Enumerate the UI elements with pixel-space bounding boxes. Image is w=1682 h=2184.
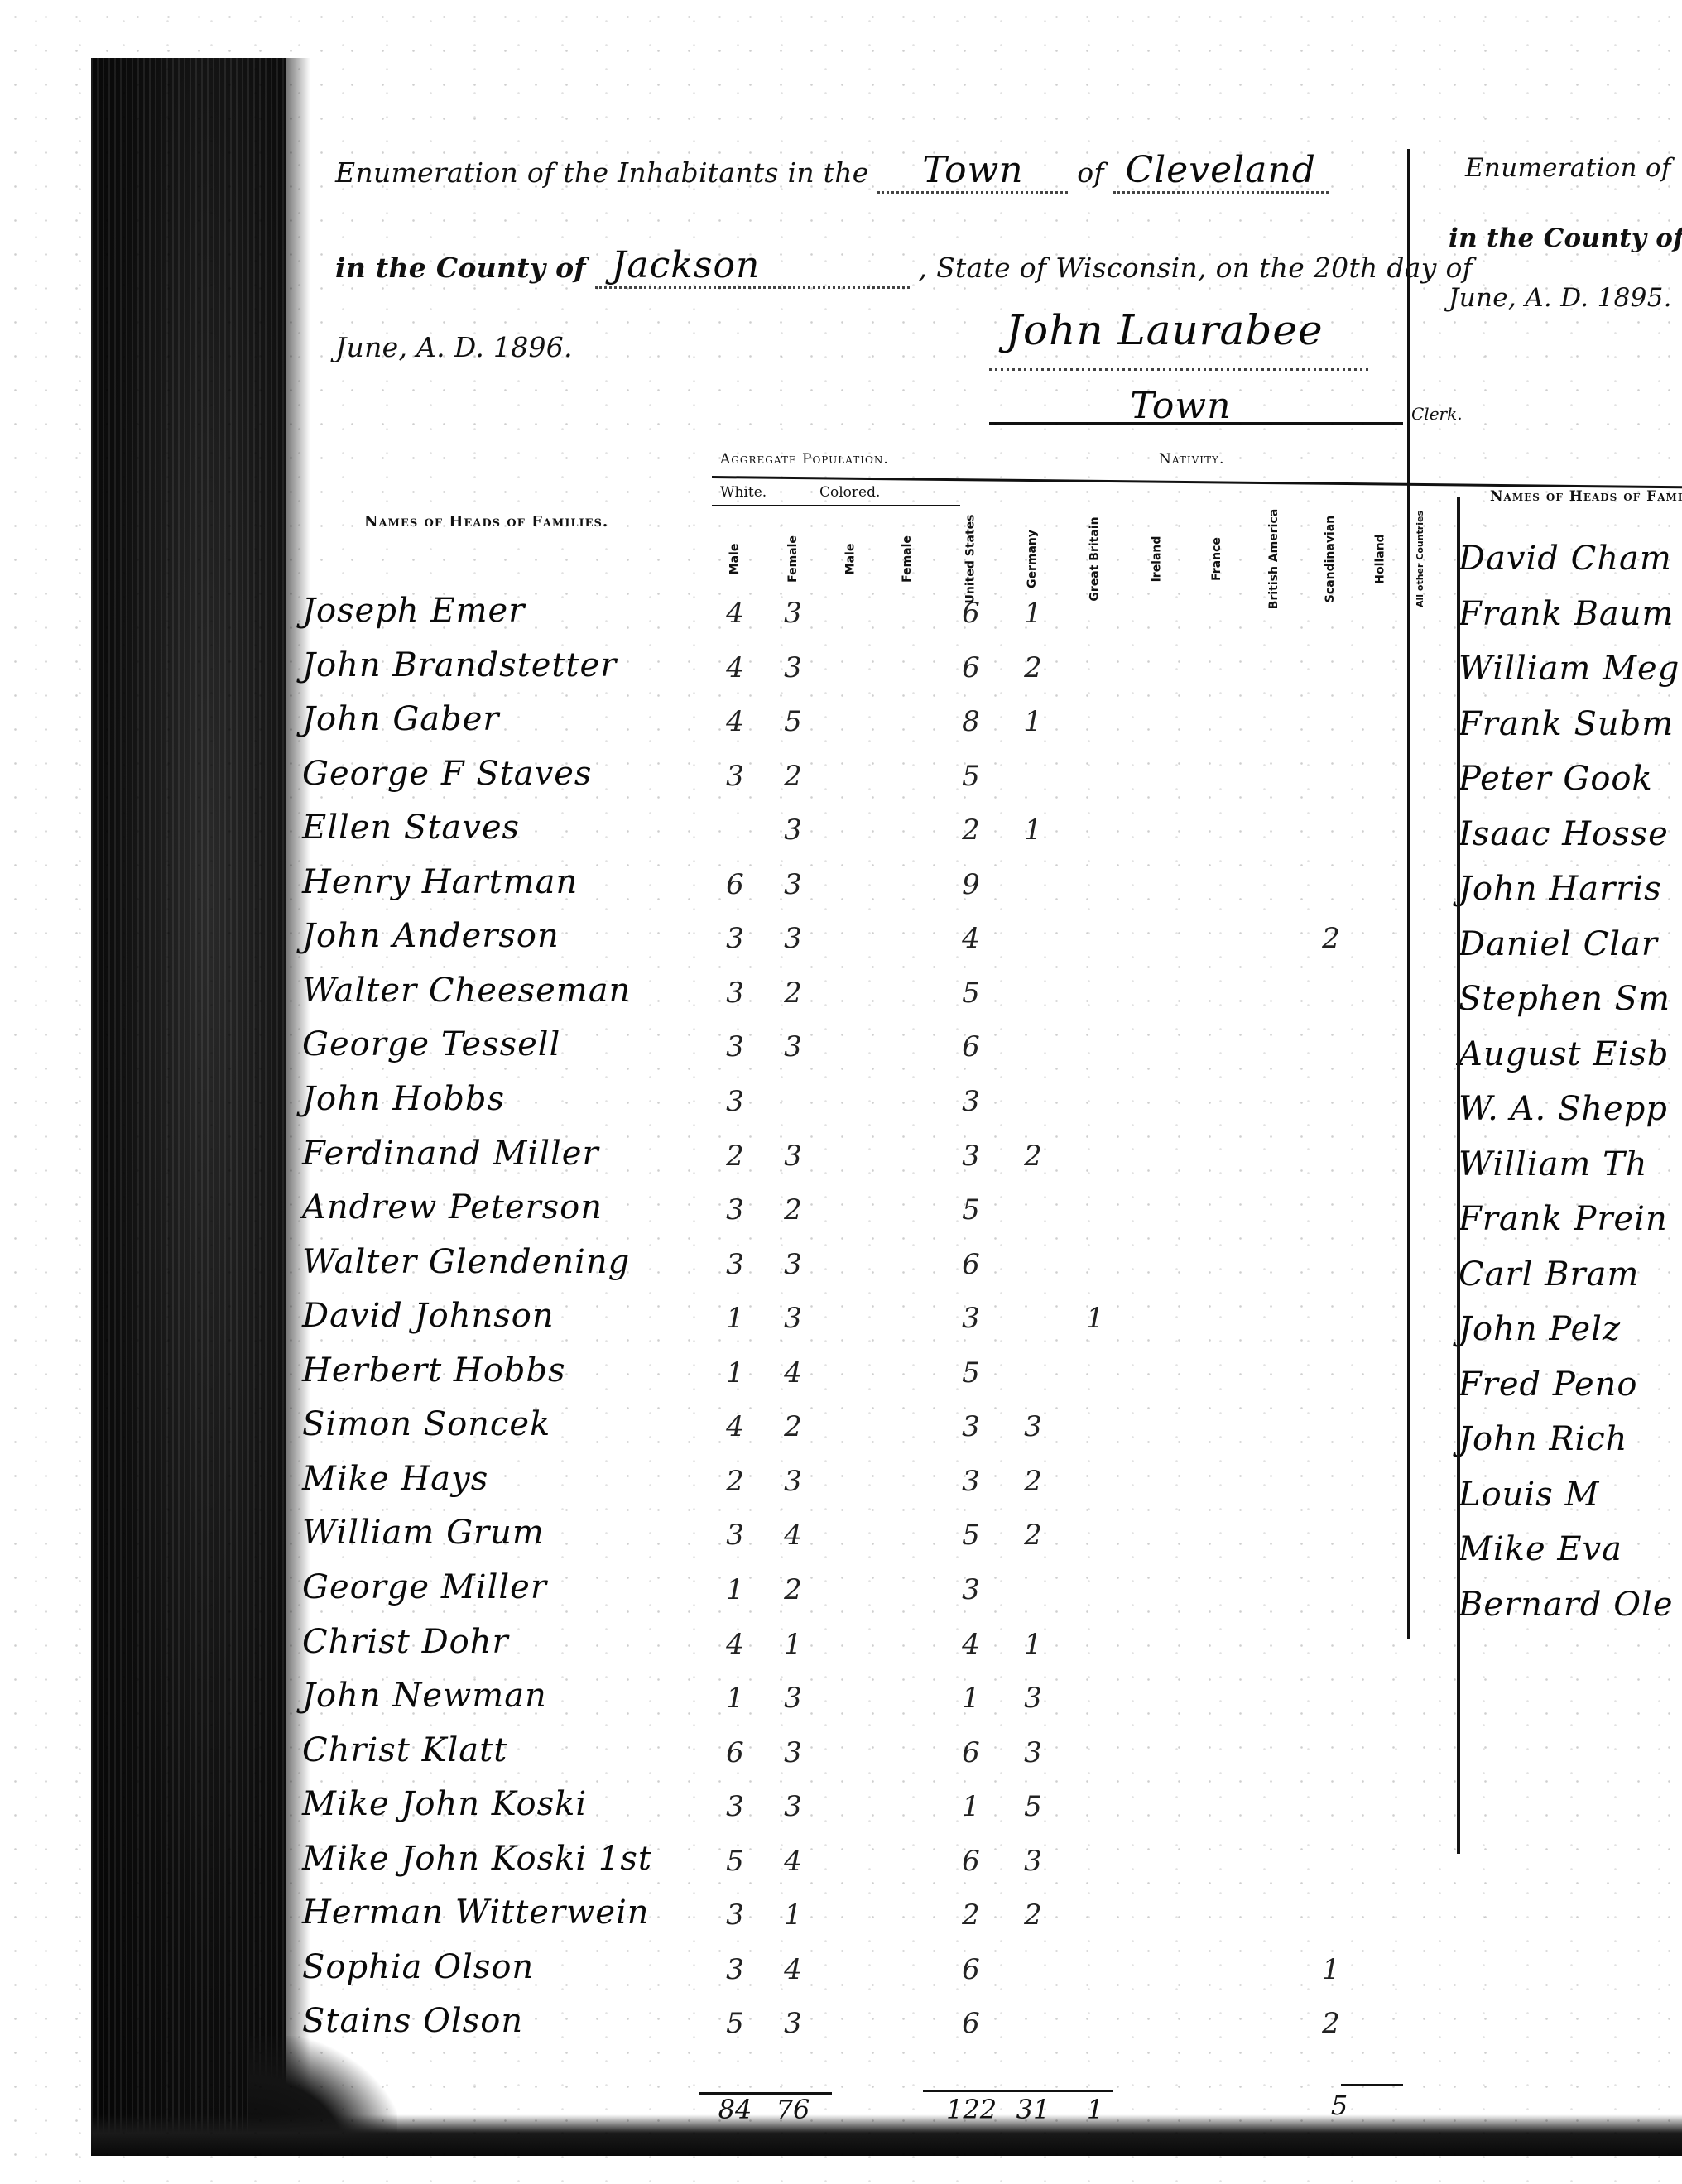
count-scandinavian: 2 [1319, 2007, 1343, 2040]
adjacent-header-line-3: June, A. D. 1895. [1449, 283, 1672, 313]
count-germany: 3 [1021, 1410, 1045, 1443]
count-white-male: 3 [723, 977, 747, 1010]
count-us: 6 [959, 1030, 983, 1063]
table-row: David Johnson1331 [286, 1297, 1411, 1348]
count-us: 5 [959, 1519, 983, 1552]
count-white-male: 3 [723, 1519, 747, 1552]
count-white-male: 3 [723, 1193, 747, 1226]
count-white-male: 1 [723, 1356, 747, 1390]
count-white-male: 4 [723, 651, 747, 684]
aggregate-population-header: Aggregate Population. [720, 451, 889, 468]
adjacent-list-item: Mike Eva [1459, 1530, 1622, 1568]
adjacent-census-page: Enumeration of in the County of June, A.… [1424, 58, 1682, 2119]
count-white-male: 5 [723, 1845, 747, 1878]
colored-header: Colored. [819, 484, 880, 501]
count-white-female: 4 [781, 1953, 805, 1986]
role-line [989, 422, 1403, 425]
head-of-family-name: Sophia Olson [302, 1948, 534, 1986]
count-white-female: 2 [781, 1410, 805, 1443]
table-row: Christ Dohr4141 [286, 1623, 1411, 1674]
table-row: George F Staves325 [286, 755, 1411, 806]
count-germany: 3 [1021, 1736, 1045, 1769]
table-row: John Newman1313 [286, 1677, 1411, 1728]
book-binding-shadow [91, 58, 286, 2152]
count-germany: 1 [1021, 814, 1045, 847]
table-row: Walter Cheeseman325 [286, 972, 1411, 1023]
count-white-male: 6 [723, 868, 747, 901]
table-row: Andrew Peterson325 [286, 1188, 1411, 1240]
head-of-family-name: David Johnson [302, 1297, 555, 1335]
count-white-female: 3 [781, 651, 805, 684]
adjacent-list-item: Frank Baum [1459, 595, 1674, 633]
count-germany: 1 [1021, 597, 1045, 630]
count-us: 6 [959, 651, 983, 684]
table-row: Ferdinand Miller2332 [286, 1135, 1411, 1186]
head-of-family-name: Ellen Staves [302, 809, 520, 847]
count-germany: 3 [1021, 1845, 1045, 1878]
count-us: 9 [959, 868, 983, 901]
count-white-male: 4 [723, 597, 747, 630]
adjacent-names-header: Names of Heads of Famil [1490, 488, 1682, 505]
head-of-family-name: Walter Glendening [302, 1243, 630, 1281]
col-white-male: Male [723, 517, 747, 600]
count-white-male: 1 [723, 1682, 747, 1715]
count-white-female: 3 [781, 922, 805, 955]
count-us: 5 [959, 977, 983, 1010]
head-of-family-name: Christ Klatt [302, 1731, 507, 1769]
count-white-male: 3 [723, 1898, 747, 1932]
census-page: Enumeration of the Inhabitants in the To… [286, 58, 1407, 2119]
adjacent-list-item: Frank Subm [1459, 705, 1674, 743]
head-of-family-name: George F Staves [302, 755, 592, 793]
header-line-1: Enumeration of the Inhabitants in the To… [335, 149, 1329, 194]
white-colored-rule [712, 505, 960, 506]
head-of-family-name: Mike John Koski [302, 1785, 587, 1823]
count-us: 3 [959, 1573, 983, 1606]
adjacent-list-item: Stephen Sm [1459, 980, 1670, 1018]
count-us: 6 [959, 597, 983, 630]
count-germany: 2 [1021, 1140, 1045, 1173]
adjacent-list-item: Isaac Hosse [1459, 815, 1669, 853]
count-scandinavian: 2 [1319, 922, 1343, 955]
names-header: Names of Heads of Families. [364, 513, 608, 530]
count-white-female: 3 [781, 1682, 805, 1715]
count-white-female: 1 [781, 1628, 805, 1661]
table-row: Christ Klatt6363 [286, 1731, 1411, 1783]
head-of-family-name: George Miller [302, 1568, 547, 1606]
count-white-female: 3 [781, 1465, 805, 1498]
count-us: 5 [959, 1356, 983, 1390]
count-white-female: 4 [781, 1519, 805, 1552]
count-white-female: 4 [781, 1356, 805, 1390]
count-us: 3 [959, 1140, 983, 1173]
count-us: 5 [959, 760, 983, 793]
nativity-header: Nativity. [1159, 451, 1224, 468]
municipality-type: Town [922, 149, 1023, 191]
white-header: White. [720, 484, 767, 501]
adjacent-list-item: W. A. Shepp [1459, 1090, 1668, 1128]
header-prefix: Enumeration of the Inhabitants in the [335, 156, 869, 189]
count-us: 6 [959, 1248, 983, 1281]
adjacent-list-item: John Rich [1459, 1420, 1627, 1458]
count-white-female: 3 [781, 1302, 805, 1335]
table-row: Walter Glendening336 [286, 1243, 1411, 1294]
col-ireland: Ireland [1145, 517, 1170, 600]
count-white-male: 5 [723, 2007, 747, 2040]
adjacent-header-line-2: in the County of [1449, 223, 1682, 253]
table-row: Ellen Staves321 [286, 809, 1411, 860]
count-white-female: 3 [781, 1030, 805, 1063]
count-us: 6 [959, 1953, 983, 1986]
count-white-female: 3 [781, 814, 805, 847]
adjacent-list-item: Daniel Clar [1459, 925, 1658, 963]
count-us: 3 [959, 1410, 983, 1443]
count-white-male: 3 [723, 1953, 747, 1986]
col-united-states: United States [959, 517, 983, 600]
col-germany: Germany [1021, 517, 1045, 600]
totals-rule-scandinavian [1341, 2084, 1403, 2086]
county-name: Jackson [612, 244, 761, 286]
adjacent-list-item: Peter Gook [1459, 760, 1653, 798]
count-white-female: 3 [781, 1140, 805, 1173]
adjacent-page-margin-rule [1457, 497, 1460, 1854]
count-germany: 1 [1021, 1628, 1045, 1661]
county-prefix: in the County of [335, 252, 586, 284]
table-row: John Anderson3342 [286, 917, 1411, 968]
table-row: Henry Hartman639 [286, 863, 1411, 914]
count-white-male: 4 [723, 1628, 747, 1661]
enumerator-role: Town [1130, 385, 1231, 427]
head-of-family-name: Herbert Hobbs [302, 1351, 566, 1390]
count-germany: 2 [1021, 1519, 1045, 1552]
head-of-family-name: Walter Cheeseman [302, 972, 631, 1010]
count-white-male: 1 [723, 1573, 747, 1606]
count-scandinavian: 1 [1319, 1953, 1343, 1986]
head-of-family-name: Ferdinand Miller [302, 1135, 599, 1173]
count-white-female: 3 [781, 1790, 805, 1823]
head-of-family-name: John Anderson [302, 917, 560, 955]
adjacent-list-item: Carl Bram [1459, 1255, 1639, 1294]
count-germany: 2 [1021, 1898, 1045, 1932]
count-white-female: 2 [781, 977, 805, 1010]
count-white-female: 3 [781, 597, 805, 630]
count-germany: 2 [1021, 651, 1045, 684]
head-of-family-name: George Tessell [302, 1025, 560, 1063]
table-row: Mike Hays2332 [286, 1460, 1411, 1511]
count-us: 1 [959, 1682, 983, 1715]
count-white-male: 2 [723, 1465, 747, 1498]
adjacent-list-item: John Harris [1459, 870, 1662, 908]
head-of-family-name: Christ Dohr [302, 1623, 509, 1661]
table-row: John Hobbs33 [286, 1080, 1411, 1131]
state-and-day: , State of Wisconsin, on the 20th day of [919, 252, 1473, 284]
adjacent-list-item: Bernard Ole [1459, 1586, 1674, 1624]
table-row: Joseph Emer4361 [286, 592, 1411, 643]
table-row: Mike John Koski 1st5463 [286, 1840, 1411, 1891]
head-of-family-name: Andrew Peterson [302, 1188, 603, 1226]
count-white-female: 2 [781, 1193, 805, 1226]
count-white-female: 4 [781, 1845, 805, 1878]
count-germany: 2 [1021, 1465, 1045, 1498]
table-row: George Tessell336 [286, 1025, 1411, 1077]
count-white-female: 2 [781, 1573, 805, 1606]
table-row: John Gaber4581 [286, 700, 1411, 751]
signature-line [989, 368, 1370, 371]
count-white-female: 5 [781, 705, 805, 738]
adjacent-list-item: Fred Peno [1459, 1366, 1638, 1404]
col-holland: Holland [1368, 517, 1393, 600]
totals-rule-nativity [923, 2090, 1113, 2092]
head-of-family-name: Simon Soncek [302, 1405, 550, 1443]
count-great-britain: 1 [1083, 1302, 1108, 1335]
count-white-male: 3 [723, 1085, 747, 1118]
count-us: 1 [959, 1790, 983, 1823]
count-white-male: 3 [723, 1248, 747, 1281]
count-white-male: 3 [723, 922, 747, 955]
table-row: George Miller123 [286, 1568, 1411, 1620]
adjacent-list-item: John Pelz [1459, 1310, 1621, 1348]
count-white-male: 2 [723, 1140, 747, 1173]
col-colored-male: Male [839, 517, 863, 600]
count-us: 5 [959, 1193, 983, 1226]
count-us: 2 [959, 814, 983, 847]
adjacent-list-item: William Meg [1459, 650, 1680, 688]
head-of-family-name: John Brandstetter [302, 646, 617, 684]
count-us: 6 [959, 1736, 983, 1769]
head-of-family-name: William Grum [302, 1514, 545, 1552]
table-row: Sophia Olson3461 [286, 1948, 1411, 1999]
count-germany: 3 [1021, 1682, 1045, 1715]
col-france: France [1204, 517, 1229, 600]
head-of-family-name: Mike Hays [302, 1460, 488, 1498]
count-white-female: 2 [781, 760, 805, 793]
adjacent-header-line-1: Enumeration of [1465, 153, 1671, 183]
table-row: William Grum3452 [286, 1514, 1411, 1565]
head-of-family-name: Henry Hartman [302, 863, 578, 901]
count-white-male: 6 [723, 1736, 747, 1769]
count-us: 3 [959, 1465, 983, 1498]
count-white-male: 3 [723, 760, 747, 793]
count-white-male: 3 [723, 1790, 747, 1823]
head-of-family-name: Herman Witterwein [302, 1894, 650, 1932]
head-of-family-name: John Gaber [302, 700, 500, 738]
adjacent-list-item: David Cham [1459, 540, 1672, 578]
col-great-britain: Great Britain [1083, 517, 1108, 600]
page-edge-rule [1407, 149, 1410, 1639]
col-scandinavian: Scandinavian [1319, 517, 1343, 600]
count-white-female: 3 [781, 2007, 805, 2040]
table-row: Mike John Koski3315 [286, 1785, 1411, 1836]
enumerator-signature: John Laurabee [1006, 306, 1324, 354]
count-us: 4 [959, 922, 983, 955]
col-colored-female: Female [895, 517, 920, 600]
table-row: Stains Olson5362 [286, 2002, 1411, 2053]
header-line-2: in the County of Jackson , State of Wisc… [335, 244, 1473, 289]
count-us: 2 [959, 1898, 983, 1932]
count-white-female: 1 [781, 1898, 805, 1932]
count-germany: 1 [1021, 705, 1045, 738]
head-of-family-name: John Newman [302, 1677, 547, 1715]
count-us: 6 [959, 2007, 983, 2040]
count-white-male: 3 [723, 1030, 747, 1063]
header-of: of [1077, 156, 1104, 189]
table-row: Herman Witterwein3122 [286, 1894, 1411, 1945]
count-us: 3 [959, 1085, 983, 1118]
adjacent-list-item: Frank Prein [1459, 1200, 1668, 1238]
count-germany: 5 [1021, 1790, 1045, 1823]
count-white-male: 4 [723, 1410, 747, 1443]
count-white-male: 1 [723, 1302, 747, 1335]
col-white-female: Female [781, 517, 805, 600]
col-british-america: British America [1262, 517, 1287, 600]
count-white-female: 3 [781, 868, 805, 901]
table-row: John Brandstetter4362 [286, 646, 1411, 698]
head-of-family-name: Mike John Koski 1st [302, 1840, 652, 1878]
page-bottom-shadow [91, 2114, 1682, 2156]
adjacent-list-item: William Th [1459, 1145, 1648, 1183]
count-us: 8 [959, 705, 983, 738]
head-of-family-name: Stains Olson [302, 2002, 523, 2040]
head-of-family-name: John Hobbs [302, 1080, 505, 1118]
header-date: June, A. D. 1896. [335, 331, 573, 363]
adjacent-list-item: Louis M [1459, 1476, 1599, 1514]
municipality-name: Cleveland [1125, 149, 1315, 191]
adjacent-list-item: August Eisb [1459, 1035, 1669, 1073]
count-us: 6 [959, 1845, 983, 1878]
table-row: Herbert Hobbs145 [286, 1351, 1411, 1403]
count-white-male: 4 [723, 705, 747, 738]
count-white-female: 3 [781, 1736, 805, 1769]
head-of-family-name: Joseph Emer [302, 592, 525, 630]
table-row: Simon Soncek4233 [286, 1405, 1411, 1457]
count-white-female: 3 [781, 1248, 805, 1281]
count-us: 3 [959, 1302, 983, 1335]
count-us: 4 [959, 1628, 983, 1661]
